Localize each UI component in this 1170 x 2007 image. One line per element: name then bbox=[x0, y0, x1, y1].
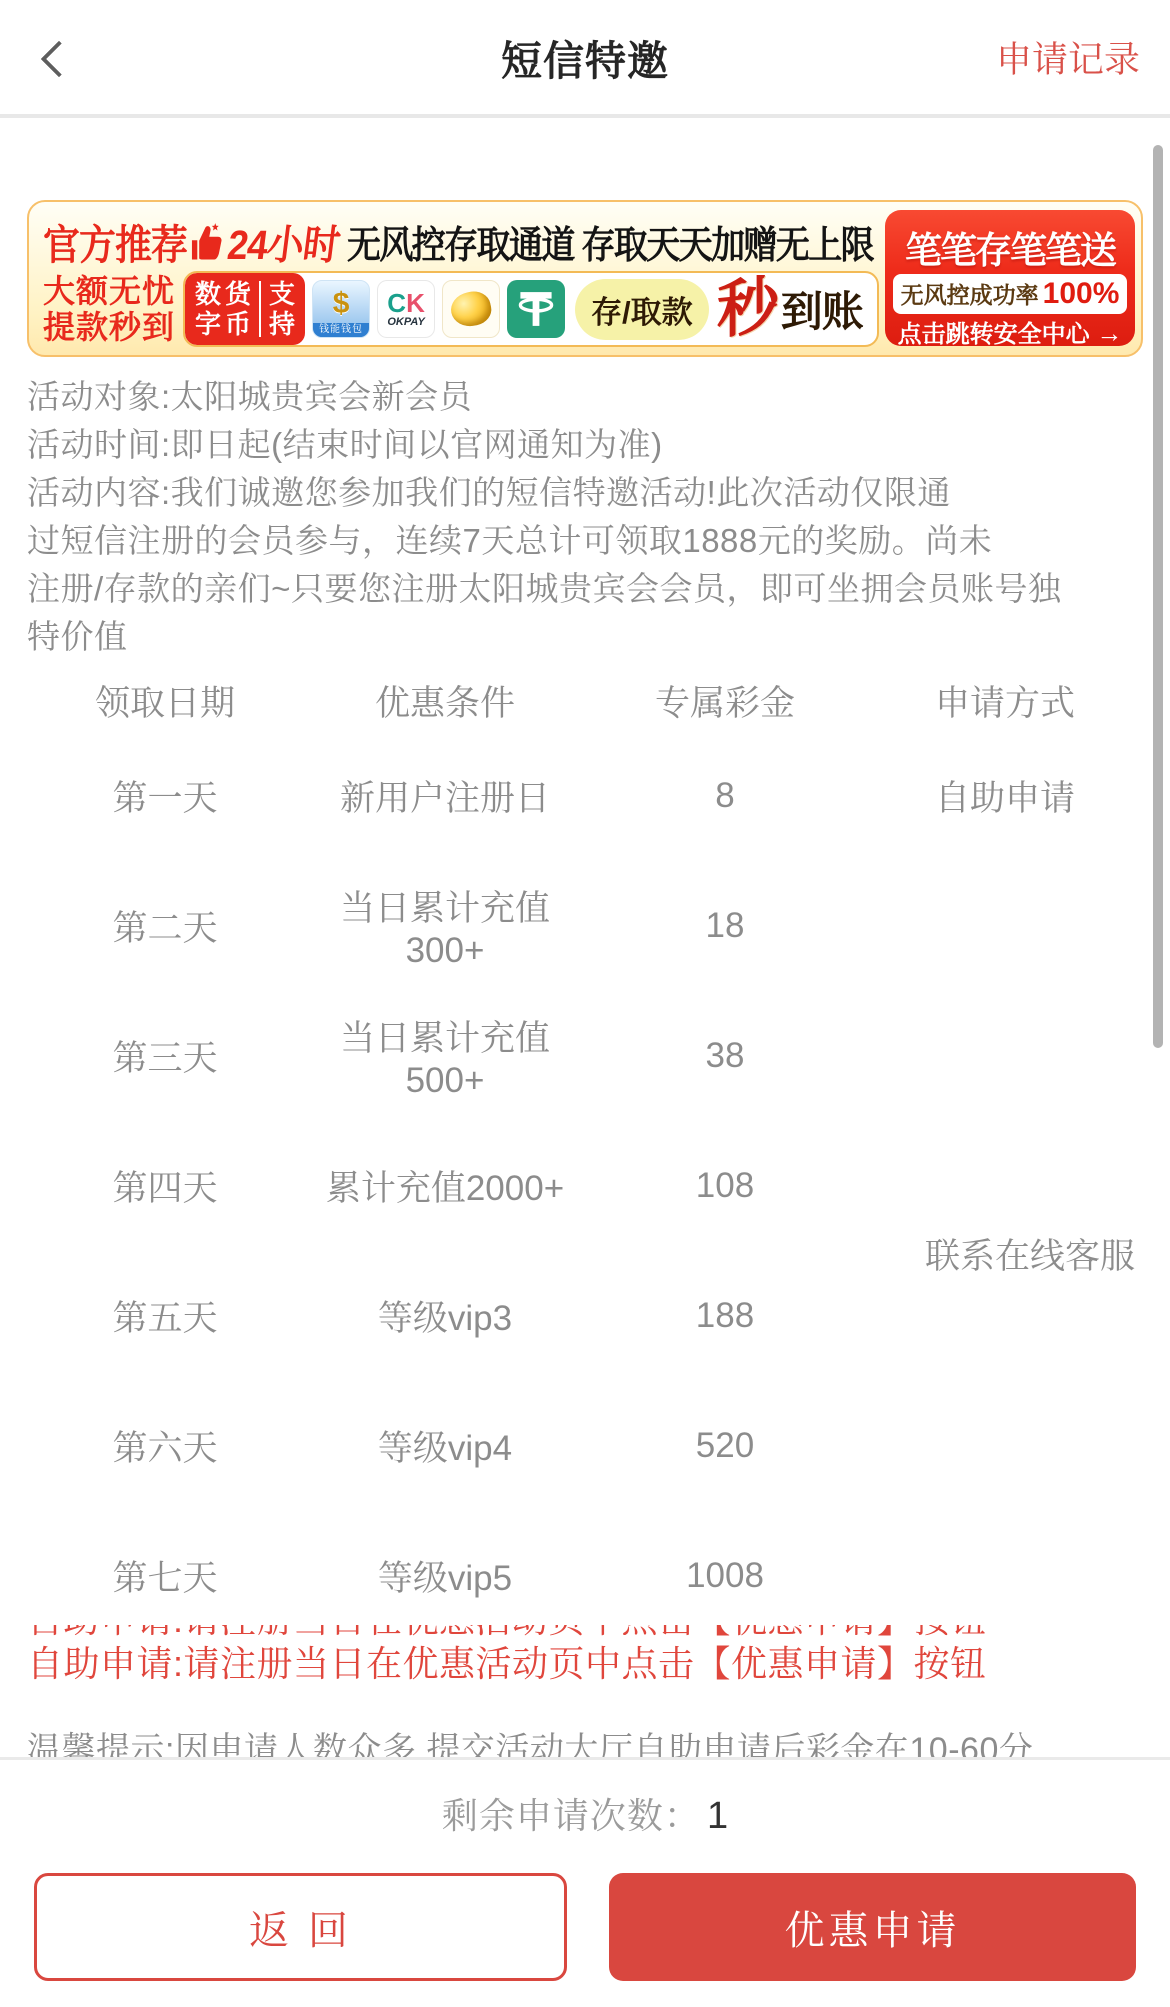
self-apply-notice: 自助申请:请注册当日在优惠活动页中点击【优惠申请】按钮 自助申请:请注册当日在优… bbox=[27, 1625, 1143, 1689]
cell-condition: 累计充值2000+ bbox=[305, 1161, 585, 1211]
cell-bonus: 108 bbox=[585, 1166, 865, 1206]
cell-day: 第六天 bbox=[25, 1421, 305, 1471]
remaining-count: 剩余申请次数：1 bbox=[0, 1788, 1170, 1839]
col-header-condition: 优惠条件 bbox=[305, 676, 585, 726]
cell-bonus: 38 bbox=[585, 1036, 865, 1076]
table-row: 第三天 当日累计充值500+ 38 bbox=[0, 991, 1170, 1121]
badge-char: 币 bbox=[225, 309, 251, 339]
okpay-icon: CK OKPAY bbox=[377, 280, 435, 338]
safety-center-cta-text: 点击跳转安全中心 bbox=[898, 321, 1090, 348]
cell-day: 第四天 bbox=[25, 1161, 305, 1211]
gold-ingot-icon bbox=[442, 280, 500, 338]
table-header: 领取日期 优惠条件 专属彩金 申请方式 bbox=[0, 671, 1170, 731]
footer-buttons: 返 回 优惠申请 bbox=[0, 1873, 1170, 1981]
warm-tip-text: 温馨提示:因申请人数众多,提交活动大厅自助申请后彩金在10-60分 bbox=[27, 1725, 1143, 1757]
cell-day: 第三天 bbox=[25, 1031, 305, 1081]
okpay-c: C bbox=[387, 288, 406, 318]
banner-right-title: 笔笔存笔笔送 bbox=[905, 220, 1115, 274]
intro-line: 特价值 bbox=[27, 613, 1143, 661]
footer-bar: 剩余申请次数：1 返 回 优惠申请 bbox=[0, 1757, 1170, 2007]
cell-bonus: 1008 bbox=[585, 1556, 865, 1596]
banner-right-panel[interactable]: 笔笔存笔笔送 无风控成功率 100% 点击跳转安全中心 → bbox=[885, 210, 1135, 346]
cell-condition: 等级vip4 bbox=[305, 1421, 585, 1471]
okpay-label: OKPAY bbox=[387, 316, 425, 328]
notice-text: 自助申请:请注册当日在优惠活动页中点击【优惠申请】按钮 bbox=[27, 1639, 1143, 1689]
rate-value: 100% bbox=[1043, 277, 1120, 311]
rate-label: 无风控成功率 bbox=[901, 277, 1039, 310]
banner-big-red-line2: 提款秒到 bbox=[43, 309, 175, 345]
fast-seconds-char: 秒 bbox=[717, 275, 779, 344]
apply-promo-button[interactable]: 优惠申请 bbox=[609, 1873, 1136, 1981]
banner-left: 官方推荐 24小时 无风控存取通道 存取天天加赠无上限 大额无忧 提款秒到 bbox=[43, 210, 879, 346]
banner-headline-text: 无风控存取通道 存取天天加赠无上限 bbox=[347, 214, 873, 269]
page-title: 短信特邀 bbox=[501, 28, 669, 87]
col-header-method: 申请方式 bbox=[865, 676, 1145, 726]
scroll-content: 官方推荐 24小时 无风控存取通道 存取天天加赠无上限 大额无忧 提款秒到 bbox=[0, 118, 1170, 1757]
col-header-bonus: 专属彩金 bbox=[585, 676, 865, 726]
gold-blob bbox=[448, 288, 494, 330]
cell-day: 第七天 bbox=[25, 1551, 305, 1601]
safety-center-cta[interactable]: 点击跳转安全中心 → bbox=[898, 314, 1123, 349]
table-body: 第一天 新用户注册日 8 自助申请 第二天 当日累计充值300+ 18 第三天 … bbox=[0, 731, 1170, 1641]
back-button[interactable]: 返 回 bbox=[34, 1873, 567, 1981]
banner-big-red-line1: 大额无忧 bbox=[43, 273, 175, 309]
wallet-pay-icon: $ 钱能钱包 bbox=[312, 280, 370, 338]
table-row: 第二天 当日累计充值300+ 18 bbox=[0, 861, 1170, 991]
promo-banner[interactable]: 官方推荐 24小时 无风控存取通道 存取天天加赠无上限 大额无忧 提款秒到 bbox=[27, 200, 1143, 357]
deposit-withdraw-pill: 存/取款 bbox=[575, 279, 709, 340]
cell-condition: 新用户注册日 bbox=[305, 771, 585, 821]
cell-condition: 当日累计充值300+ bbox=[305, 881, 585, 971]
badge-char: 货 bbox=[225, 279, 251, 309]
okpay-k: K bbox=[406, 288, 425, 318]
wallet-label: 钱能钱包 bbox=[313, 323, 369, 337]
cell-bonus: 8 bbox=[585, 776, 865, 816]
contact-customer-service-text: 联系在线客服 bbox=[890, 1229, 1170, 1279]
vertical-scrollbar[interactable] bbox=[1153, 145, 1163, 1048]
promo-table: 领取日期 优惠条件 专属彩金 申请方式 第一天 新用户注册日 8 自助申请 第二… bbox=[0, 671, 1170, 1641]
crypto-badge-grid: 数 货 字 币 bbox=[195, 279, 251, 339]
cell-bonus: 18 bbox=[585, 906, 865, 946]
arrive-text: 到账 bbox=[781, 279, 863, 339]
badge-char: 支 bbox=[269, 279, 295, 309]
banner-big-red-text: 大额无忧 提款秒到 bbox=[43, 273, 175, 345]
table-row: 第一天 新用户注册日 8 自助申请 bbox=[0, 731, 1170, 861]
banner-hours-text: 24小时 bbox=[225, 212, 344, 271]
table-row: 第七天 等级vip5 1008 bbox=[0, 1511, 1170, 1641]
cell-condition: 等级vip3 bbox=[305, 1291, 585, 1341]
cell-condition: 等级vip5 bbox=[305, 1551, 585, 1601]
badge-char: 持 bbox=[269, 309, 295, 339]
tether-icon bbox=[507, 280, 565, 338]
banner-headline-row: 官方推荐 24小时 无风控存取通道 存取天天加赠无上限 bbox=[43, 212, 795, 271]
payment-methods-strip: 数 货 字 币 支 持 $ 钱能钱包 bbox=[183, 271, 879, 347]
cell-condition: 当日累计充值500+ bbox=[305, 1011, 585, 1101]
intro-line: 过短信注册的会员参与，连续7天总计可领取1888元的奖励。尚未 bbox=[27, 517, 1143, 565]
activity-intro: 活动对象:太阳城贵宾会新会员 活动时间:即日起(结束时间以官网通知为准) 活动内… bbox=[27, 373, 1143, 661]
wallet-glyph: $ bbox=[333, 287, 350, 321]
thumbs-up-icon bbox=[189, 221, 227, 263]
badge-char: 字 bbox=[195, 309, 221, 339]
badge-divider bbox=[259, 281, 261, 337]
cell-method: 自助申请 bbox=[865, 771, 1145, 821]
okpay-ck-logo: CK bbox=[387, 290, 425, 316]
table-row: 第六天 等级vip4 520 bbox=[0, 1381, 1170, 1511]
application-records-link[interactable]: 申请记录 bbox=[996, 32, 1140, 83]
cell-bonus: 520 bbox=[585, 1426, 865, 1466]
arrow-right-icon: → bbox=[1096, 318, 1122, 348]
crypto-badge-right: 支 持 bbox=[269, 279, 295, 339]
success-rate-pill: 无风控成功率 100% bbox=[893, 274, 1128, 314]
cell-day: 第二天 bbox=[25, 901, 305, 951]
intro-line: 活动时间:即日起(结束时间以官网通知为准) bbox=[27, 421, 1143, 469]
cell-day: 第一天 bbox=[25, 771, 305, 821]
intro-line: 注册/存款的亲们~只要您注册太阳城贵宾会会员，即可坐拥会员账号独 bbox=[27, 565, 1143, 613]
back-chevron-icon[interactable] bbox=[34, 38, 78, 82]
banner-pay-row: 大额无忧 提款秒到 数 货 字 币 支 持 bbox=[43, 271, 879, 347]
header: 短信特邀 申请记录 bbox=[0, 0, 1170, 118]
clipped-notice-line: 自助申请:请注册当日在优惠活动页中点击【优惠申请】按钮 bbox=[27, 1625, 1143, 1639]
intro-line: 活动内容:我们诚邀您参加我们的短信特邀活动!此次活动仅限通 bbox=[27, 469, 1143, 517]
cell-day: 第五天 bbox=[25, 1291, 305, 1341]
banner-official-text: 官方推荐 bbox=[43, 212, 187, 271]
remaining-count-label: 剩余申请次数： bbox=[442, 1795, 701, 1836]
crypto-support-badge: 数 货 字 币 支 持 bbox=[185, 273, 305, 345]
cell-bonus: 188 bbox=[585, 1296, 865, 1336]
badge-char: 数 bbox=[195, 279, 221, 309]
remaining-count-value: 1 bbox=[707, 1795, 728, 1837]
col-header-date: 领取日期 bbox=[25, 676, 305, 726]
intro-line: 活动对象:太阳城贵宾会新会员 bbox=[27, 373, 1143, 421]
